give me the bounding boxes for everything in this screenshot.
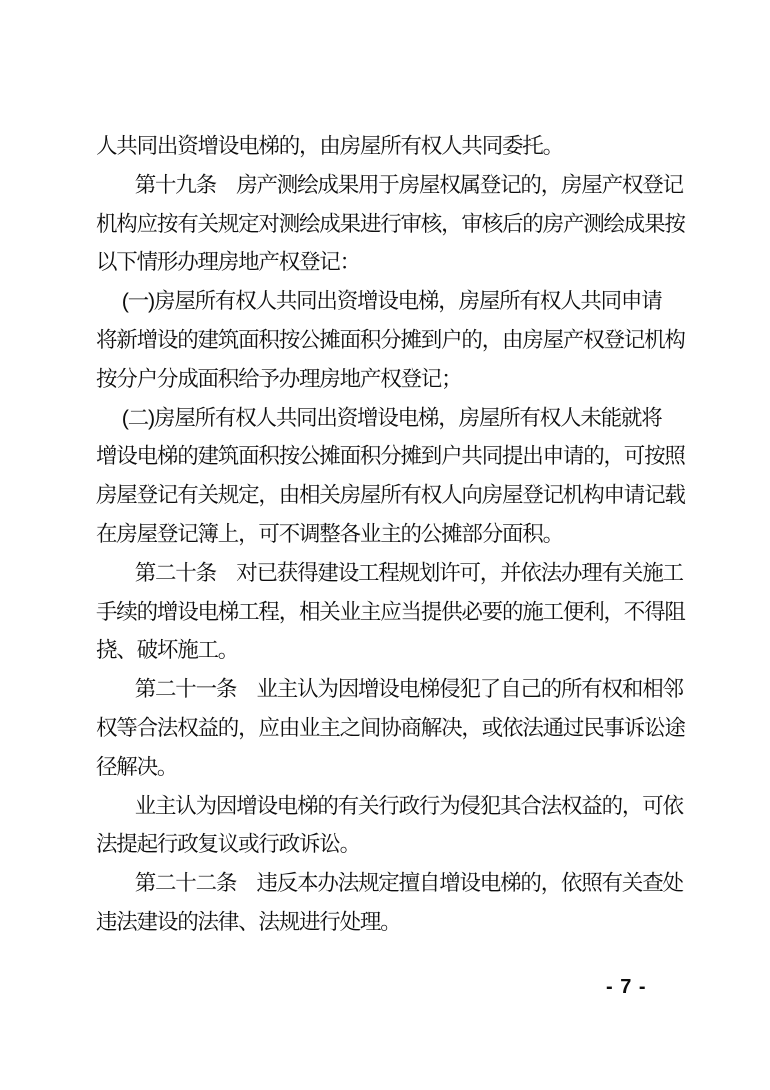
page-number: - 7 - — [606, 976, 647, 999]
text-line: 违法建设的法律、法规进行处理。 — [96, 903, 696, 942]
text-line: 人共同出资增设电梯的，由房屋所有权人共同委托。 — [96, 127, 696, 166]
text-line: 第二十条 对已获得建设工程规划许可，并依法办理有关施工 — [96, 554, 696, 593]
text-line: 房屋登记有关规定，由相关房屋所有权人向房屋登记机构申请记载 — [96, 476, 696, 515]
text-line: 增设电梯的建筑面积按公摊面积分摊到户共同提出申请的，可按照 — [96, 437, 696, 476]
text-line: 径解决。 — [96, 748, 696, 787]
text-line: 挠、破坏施工。 — [96, 631, 696, 670]
text-line: 将新增设的建筑面积按公摊面积分摊到户的，由房屋产权登记机构 — [96, 321, 696, 360]
text-line: 业主认为因增设电梯的有关行政行为侵犯其合法权益的，可依 — [96, 787, 696, 826]
document-page: 人共同出资增设电梯的，由房屋所有权人共同委托。第十九条 房产测绘成果用于房屋权属… — [0, 0, 770, 1090]
text-line: 机构应按有关规定对测绘成果进行审核，审核后的房产测绘成果按 — [96, 205, 696, 244]
text-line: 第十九条 房产测绘成果用于房屋权属登记的，房屋产权登记 — [96, 166, 696, 205]
text-line: (一)房屋所有权人共同出资增设电梯，房屋所有权人共同申请 — [96, 282, 696, 321]
text-line: 第二十二条 违反本办法规定擅自增设电梯的，依照有关查处 — [96, 864, 696, 903]
text-line: 法提起行政复议或行政诉讼。 — [96, 825, 696, 864]
text-line: (二)房屋所有权人共同出资增设电梯，房屋所有权人未能就将 — [96, 399, 696, 438]
text-line: 在房屋登记簿上，可不调整各业主的公摊部分面积。 — [96, 515, 696, 554]
text-line: 手续的增设电梯工程，相关业主应当提供必要的施工便利，不得阻 — [96, 593, 696, 632]
document-body: 人共同出资增设电梯的，由房屋所有权人共同委托。第十九条 房产测绘成果用于房屋权属… — [96, 127, 696, 942]
text-line: 以下情形办理房地产权登记： — [96, 243, 696, 282]
text-line: 第二十一条 业主认为因增设电梯侵犯了自己的所有权和相邻 — [96, 670, 696, 709]
text-line: 按分户分成面积给予办理房地产权登记； — [96, 360, 696, 399]
text-line: 权等合法权益的，应由业主之间协商解决，或依法通过民事诉讼途 — [96, 709, 696, 748]
